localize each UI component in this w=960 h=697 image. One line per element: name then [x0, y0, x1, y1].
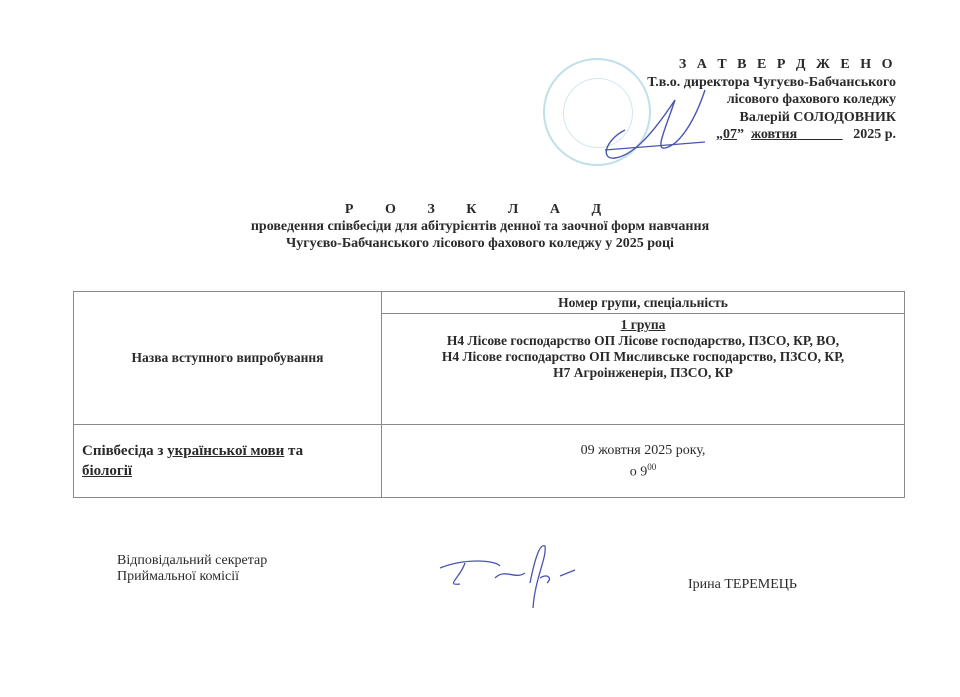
- secretary-signature: [435, 538, 585, 618]
- approval-heading: З А Т В Е Р Д Ж Е Н О: [647, 56, 896, 74]
- group-cell: 1 група Н4 Лісове господарство ОП Лісове…: [382, 314, 905, 425]
- title-line1: проведення співбесіди для абітурієнтів д…: [0, 218, 960, 235]
- approval-institution: лісового фахового коледжу: [647, 91, 896, 109]
- group-label: 1 група: [382, 317, 904, 333]
- date-cell: 09 жовтня 2025 року, о 900: [382, 425, 905, 498]
- approval-position: Т.в.о. директора Чугуєво-Бабчанського: [647, 74, 896, 92]
- schedule-table: Назва вступного випробування Номер групи…: [73, 291, 905, 498]
- title-line2: Чугуєво-Бабчанського лісового фахового к…: [0, 235, 960, 252]
- approval-date: „07” жовтня 2025 р.: [647, 126, 896, 144]
- document-title: Р О З К Л А Д проведення співбесіди для …: [0, 201, 960, 252]
- col2-header: Номер групи, спеціальність: [382, 292, 905, 314]
- subject-cell: Співбесіда з української мови табіології: [74, 425, 382, 498]
- secretary-name: Ірина ТЕРЕМЕЦЬ: [688, 577, 797, 593]
- title-heading: Р О З К Л А Д: [0, 201, 960, 218]
- approval-name: Валерій СОЛОДОВНИК: [647, 109, 896, 127]
- col1-header: Назва вступного випробування: [74, 292, 382, 425]
- secretary-role: Відповідальний секретар Приймальної комі…: [117, 553, 267, 585]
- approval-block: З А Т В Е Р Д Ж Е Н О Т.в.о. директора Ч…: [647, 56, 896, 144]
